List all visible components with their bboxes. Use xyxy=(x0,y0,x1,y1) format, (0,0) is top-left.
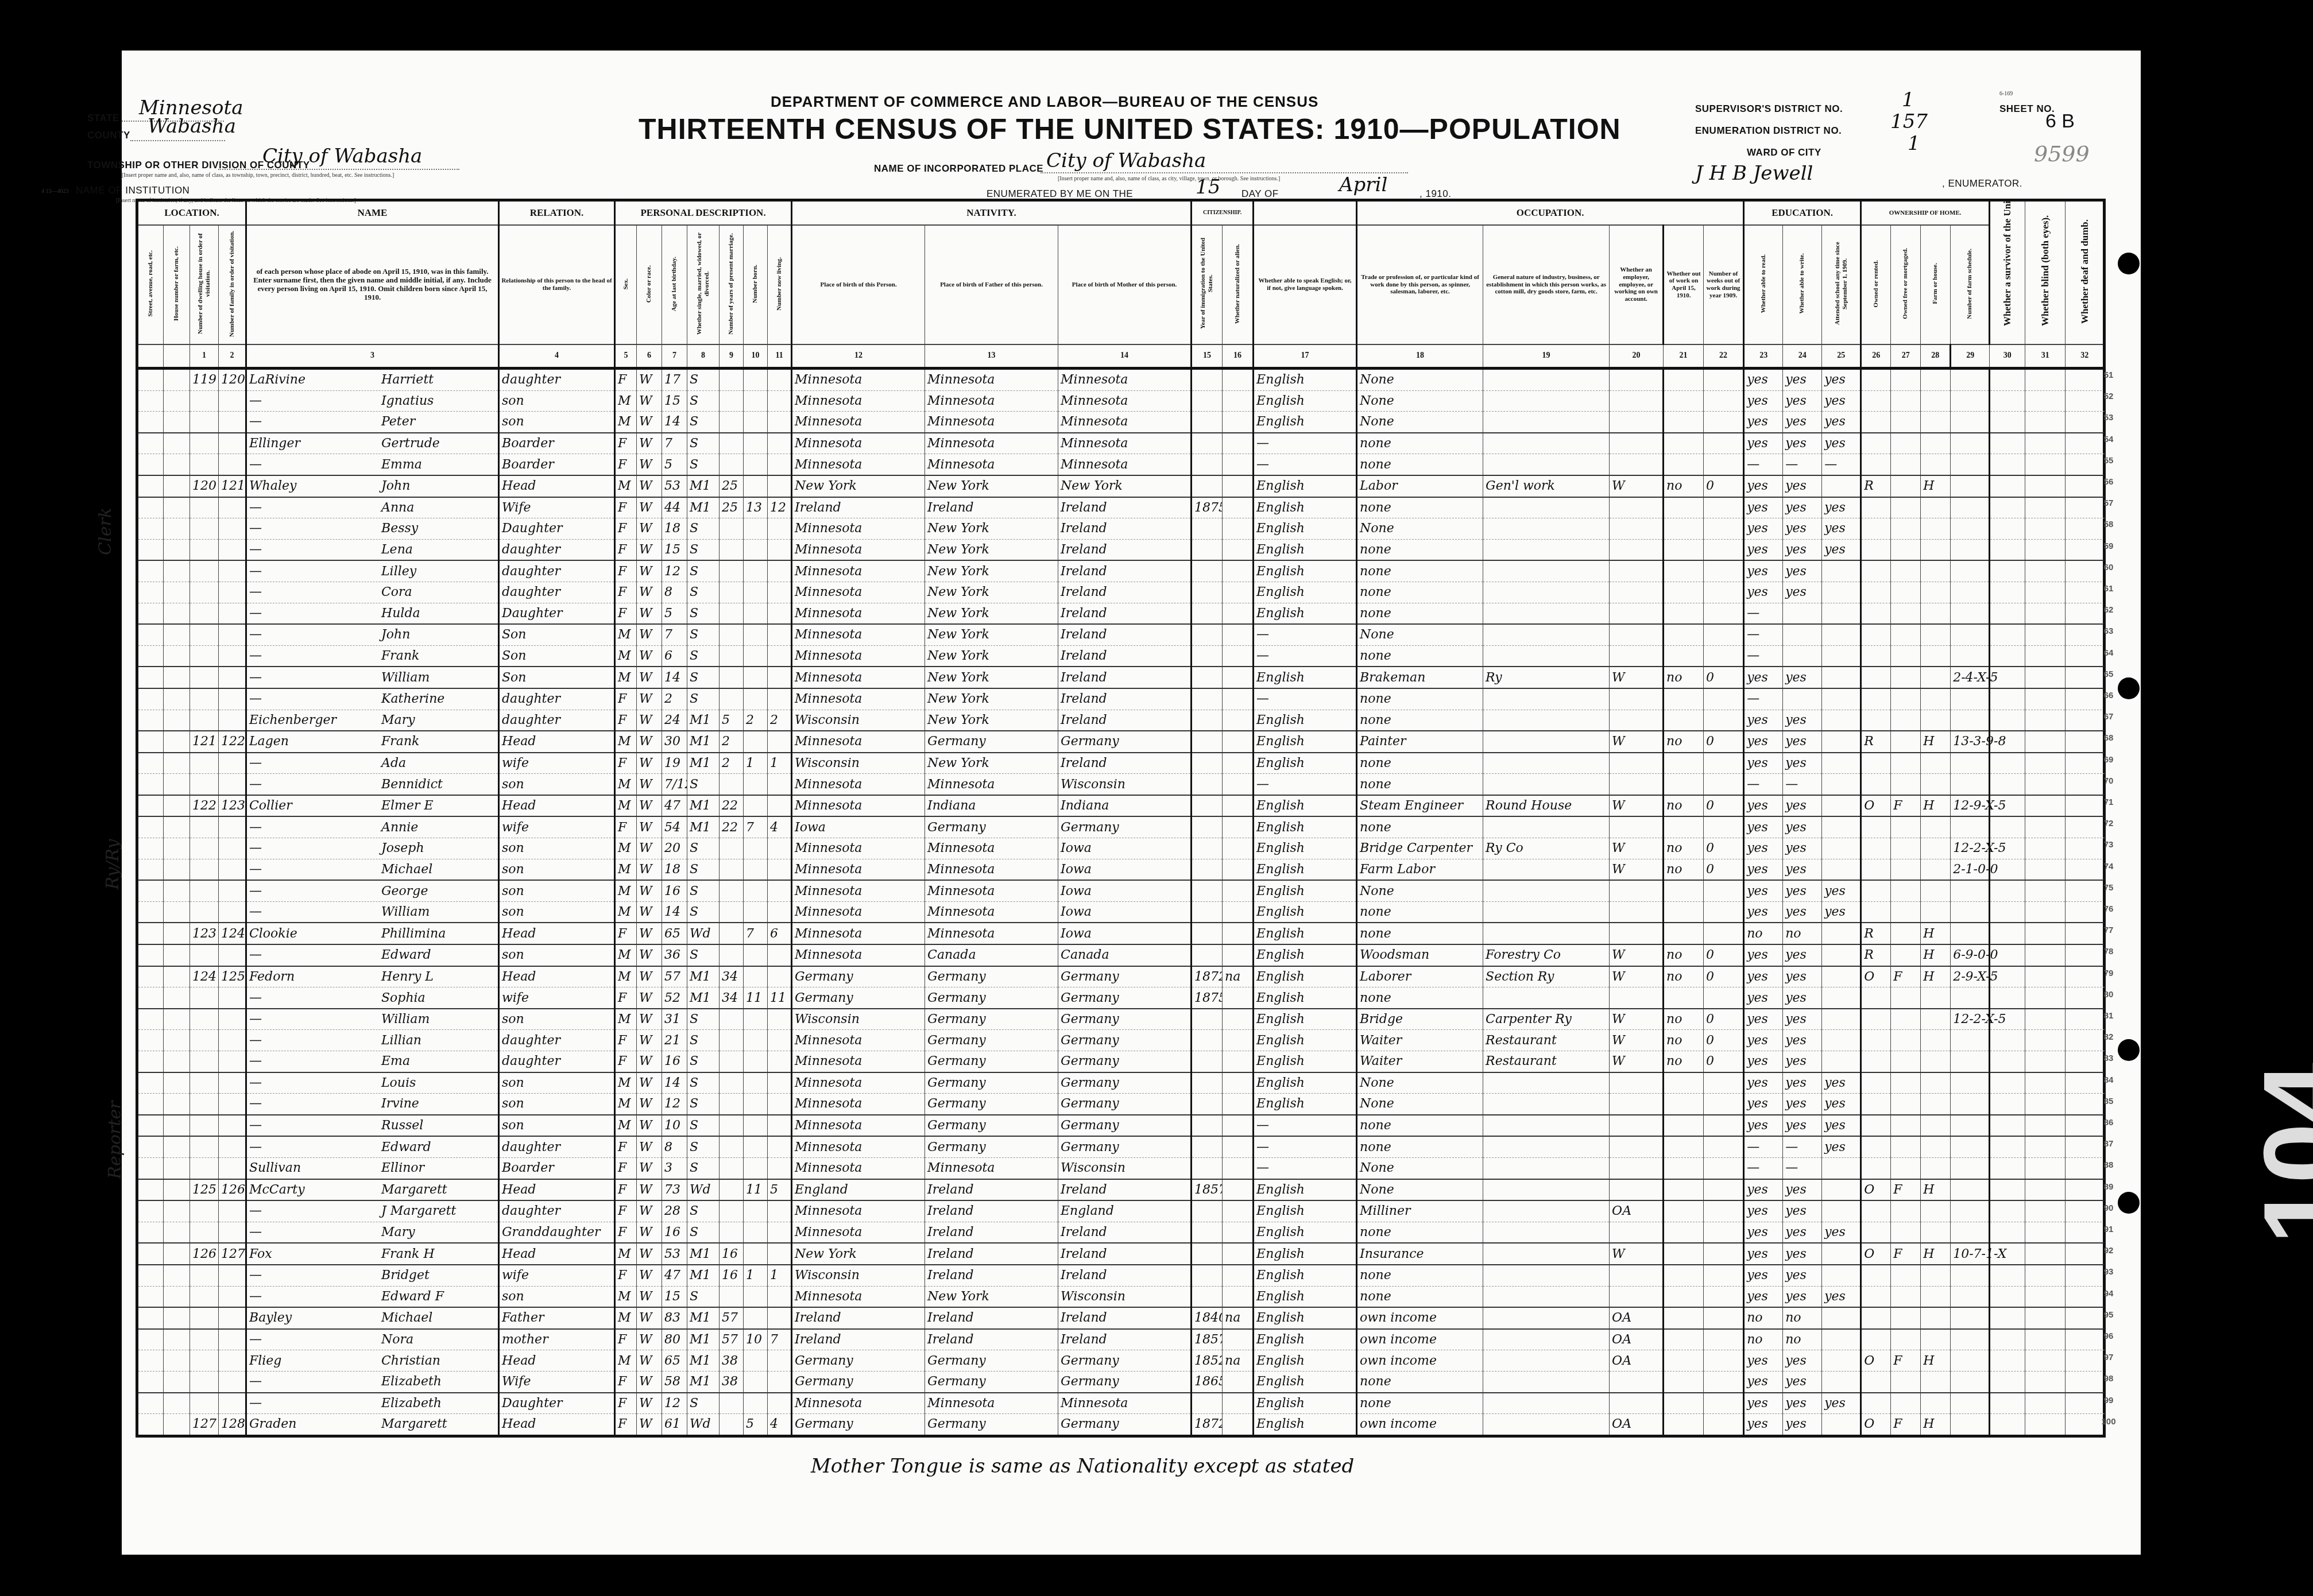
cell-free xyxy=(1891,1009,1921,1030)
cell-empty xyxy=(164,1115,190,1137)
cell-read: yes xyxy=(1744,710,1783,731)
cell-marital: S xyxy=(687,880,720,901)
cell-living xyxy=(768,1072,792,1094)
surname: — xyxy=(249,1225,381,1239)
cell-free xyxy=(1891,369,1921,391)
cell-industry: Section Ry xyxy=(1483,966,1610,987)
cell-family: 124 xyxy=(219,923,246,944)
cell-marital: M1 xyxy=(687,795,720,817)
cell-read: yes xyxy=(1744,539,1783,560)
surname: — xyxy=(249,1268,381,1283)
cell-age: 14 xyxy=(662,901,687,923)
cell-living: 6 xyxy=(768,923,792,944)
cell-sex: F xyxy=(615,582,637,603)
cell-empty xyxy=(2025,624,2066,645)
table-row: —Edward FsonMW15SMinnesotaNew YorkWiscon… xyxy=(137,1286,2105,1307)
cell-industry xyxy=(1483,1243,1610,1265)
cell-empty xyxy=(137,1265,164,1286)
cell-school: yes xyxy=(1822,1286,1861,1307)
cell-farm xyxy=(1921,1030,1951,1051)
cell-imm xyxy=(1192,1157,1223,1179)
cell-dwelling xyxy=(190,1136,219,1157)
cell-race: W xyxy=(637,1265,662,1286)
cell-imm xyxy=(1192,1030,1223,1051)
cell-sched xyxy=(1951,475,1990,497)
cell-name: —William xyxy=(246,1009,499,1030)
cell-bpm: Iowa xyxy=(1058,838,1192,859)
given-name: Frank xyxy=(381,649,419,663)
cell-nat xyxy=(1223,412,1254,433)
cell-ym xyxy=(720,1072,744,1094)
cell-bpf: New York xyxy=(925,475,1058,497)
cell-age: 30 xyxy=(662,731,687,753)
cell-school xyxy=(1822,645,1861,667)
cell-imm xyxy=(1192,1286,1223,1307)
cell-trade: none xyxy=(1357,1265,1483,1286)
cell-sched xyxy=(1951,412,1990,433)
cell-bpf: Germany xyxy=(925,966,1058,987)
cell-empty xyxy=(137,923,164,944)
cell-bpf: New York xyxy=(925,518,1058,540)
column-number: 12 xyxy=(792,344,925,369)
cell-empty xyxy=(137,1393,164,1414)
cell-own: R xyxy=(1861,475,1891,497)
cell-imm xyxy=(1192,390,1223,412)
cell-sched xyxy=(1951,688,1990,710)
cell-sex: M xyxy=(615,412,637,433)
cell-name: —Lillian xyxy=(246,1030,499,1051)
cell-industry: Forestry Co xyxy=(1483,944,1610,966)
cell-empty xyxy=(2025,731,2066,753)
cell-empty xyxy=(164,1286,190,1307)
cell-family xyxy=(219,560,246,582)
table-row: 121122LagenFrankHeadMW30M12MinnesotaGerm… xyxy=(137,731,2105,753)
cell-imm xyxy=(1192,412,1223,433)
cell-industry xyxy=(1483,433,1610,454)
cell-name: —John xyxy=(246,624,499,645)
cell-industry xyxy=(1483,497,1610,518)
cell-bp: Minnesota xyxy=(792,1094,925,1115)
cell-farm: H xyxy=(1921,731,1951,753)
cell-marital: S xyxy=(687,1222,720,1243)
cell-living xyxy=(768,795,792,817)
cell-read: no xyxy=(1744,923,1783,944)
cell-emp: W xyxy=(1610,838,1664,859)
given-name: Irvine xyxy=(381,1097,419,1111)
given-name: Ada xyxy=(381,756,406,770)
cell-write: yes xyxy=(1783,880,1822,901)
cell-born xyxy=(744,1051,768,1072)
line-number: 55 xyxy=(2097,456,2120,466)
cell-ym xyxy=(720,1222,744,1243)
line-number: 58 xyxy=(2097,520,2120,529)
cell-living xyxy=(768,1157,792,1179)
column-number: 10 xyxy=(744,344,768,369)
cell-empty xyxy=(164,518,190,540)
cell-relation: mother xyxy=(499,1329,615,1350)
cell-empty xyxy=(2025,1009,2066,1030)
line-number: 60 xyxy=(2097,563,2120,572)
cell-school: yes xyxy=(1822,1222,1861,1243)
cell-wk: 0 xyxy=(1704,1009,1744,1030)
cell-living: 5 xyxy=(768,1179,792,1201)
cell-empty xyxy=(164,1371,190,1392)
cell-name: —Elizabeth xyxy=(246,1371,499,1392)
cell-industry xyxy=(1483,369,1610,391)
cell-nat xyxy=(1223,753,1254,774)
cell-wk xyxy=(1704,390,1744,412)
cell-living: 4 xyxy=(768,1414,792,1436)
cell-wk xyxy=(1704,688,1744,710)
cell-bpm: Ireland xyxy=(1058,497,1192,518)
table-row: 125126McCartyMargarettHeadFW73Wd115Engla… xyxy=(137,1179,2105,1201)
cell-empty xyxy=(164,1329,190,1350)
cell-free xyxy=(1891,1329,1921,1350)
cell-free xyxy=(1891,433,1921,454)
cell-ym xyxy=(720,1051,744,1072)
cell-living: 7 xyxy=(768,1329,792,1350)
cell-marital: S xyxy=(687,560,720,582)
cell-industry xyxy=(1483,1222,1610,1243)
header-out-of-work: Whether out of work on April 15, 1910. xyxy=(1664,225,1704,344)
cell-marital: M1 xyxy=(687,1243,720,1265)
cell-empty xyxy=(2025,539,2066,560)
cell-farm xyxy=(1921,624,1951,645)
cell-dwelling xyxy=(190,433,219,454)
cell-own xyxy=(1861,1115,1891,1137)
line-number: 53 xyxy=(2097,413,2120,423)
cell-bpf: Germany xyxy=(925,1350,1058,1372)
given-name: George xyxy=(381,884,428,898)
cell-name: —Anna xyxy=(246,497,499,518)
cell-read: yes xyxy=(1744,1094,1783,1115)
cell-empty xyxy=(137,560,164,582)
cell-school xyxy=(1822,1350,1861,1372)
cell-race: W xyxy=(637,645,662,667)
cell-dwelling xyxy=(190,774,219,795)
cell-nat xyxy=(1223,1243,1254,1265)
cell-farm xyxy=(1921,774,1951,795)
cell-name: —Irvine xyxy=(246,1094,499,1115)
cell-nat xyxy=(1223,838,1254,859)
cell-emp: W xyxy=(1610,966,1664,987)
cell-school: yes xyxy=(1822,1094,1861,1115)
cell-family xyxy=(219,1307,246,1329)
cell-bpm: Iowa xyxy=(1058,923,1192,944)
cell-dwelling xyxy=(190,688,219,710)
given-name: Sophia xyxy=(381,991,426,1005)
cell-industry: Gen'l work xyxy=(1483,475,1610,497)
cell-empty xyxy=(164,944,190,966)
cell-empty xyxy=(2025,1265,2066,1286)
cell-farm xyxy=(1921,1371,1951,1392)
cell-own xyxy=(1861,667,1891,688)
column-number: 24 xyxy=(1783,344,1822,369)
cell-write: yes xyxy=(1783,1393,1822,1414)
cell-school xyxy=(1822,1009,1861,1030)
table-row: —FrankSonMW6SMinnesotaNew YorkIreland—no… xyxy=(137,645,2105,667)
cell-dwelling: 124 xyxy=(190,966,219,987)
cell-living xyxy=(768,1350,792,1372)
cell-lang: — xyxy=(1254,1157,1357,1179)
line-number: 80 xyxy=(2097,990,2120,1000)
cell-empty xyxy=(164,603,190,624)
cell-read: yes xyxy=(1744,1009,1783,1030)
line-number: 63 xyxy=(2097,626,2120,636)
cell-bpm: Ireland xyxy=(1058,710,1192,731)
cell-farm: H xyxy=(1921,923,1951,944)
cell-born xyxy=(744,603,768,624)
column-number: 15 xyxy=(1192,344,1223,369)
cell-bp: Minnesota xyxy=(792,433,925,454)
cell-wk xyxy=(1704,1329,1744,1350)
cell-family xyxy=(219,518,246,540)
cell-empty xyxy=(2025,582,2066,603)
cell-farm xyxy=(1921,433,1951,454)
cell-dwelling xyxy=(190,667,219,688)
cell-farm xyxy=(1921,1157,1951,1179)
cell-empty xyxy=(137,944,164,966)
cell-trade: none xyxy=(1357,560,1483,582)
cell-emp xyxy=(1610,1179,1664,1201)
cell-ow xyxy=(1664,1393,1704,1414)
cell-farm xyxy=(1921,1200,1951,1222)
cell-born xyxy=(744,518,768,540)
cell-empty xyxy=(164,369,190,391)
line-number: 72 xyxy=(2097,819,2120,828)
cell-industry xyxy=(1483,624,1610,645)
cell-wk: 0 xyxy=(1704,1030,1744,1051)
cell-read: yes xyxy=(1744,1200,1783,1222)
cell-ym: 38 xyxy=(720,1350,744,1372)
given-name: Mary xyxy=(381,713,415,727)
cell-industry xyxy=(1483,1265,1610,1286)
cell-bpf: Ireland xyxy=(925,497,1058,518)
cell-relation: son xyxy=(499,1286,615,1307)
cell-race: W xyxy=(637,1371,662,1392)
given-name: Louis xyxy=(381,1076,416,1090)
cell-ym xyxy=(720,1009,744,1030)
table-row: —IgnatiussonMW15SMinnesotaMinnesotaMinne… xyxy=(137,390,2105,412)
cell-own xyxy=(1861,582,1891,603)
cell-nat xyxy=(1223,795,1254,817)
cell-living xyxy=(768,859,792,880)
cell-empty xyxy=(1990,901,2025,923)
cell-wk xyxy=(1704,1414,1744,1436)
cell-wk xyxy=(1704,1350,1744,1372)
cell-age: 31 xyxy=(662,1009,687,1030)
cell-family xyxy=(219,433,246,454)
cell-emp xyxy=(1610,923,1664,944)
cell-name: —Sophia xyxy=(246,987,499,1009)
cell-family: 127 xyxy=(219,1243,246,1265)
cell-empty xyxy=(1990,1030,2025,1051)
surname: — xyxy=(249,1118,381,1133)
cell-emp: W xyxy=(1610,1030,1664,1051)
cell-sex: M xyxy=(615,667,637,688)
cell-wk: 0 xyxy=(1704,795,1744,817)
cell-bp: Minnesota xyxy=(792,390,925,412)
cell-age: 2 xyxy=(662,688,687,710)
cell-read: yes xyxy=(1744,560,1783,582)
cell-marital: M1 xyxy=(687,987,720,1009)
cell-empty xyxy=(2025,966,2066,987)
cell-read: yes xyxy=(1744,1350,1783,1372)
cell-trade: own income xyxy=(1357,1414,1483,1436)
cell-dwelling: 120 xyxy=(190,475,219,497)
cell-lang: — xyxy=(1254,624,1357,645)
cell-empty xyxy=(2025,1222,2066,1243)
cell-dwelling xyxy=(190,1307,219,1329)
cell-lang: English xyxy=(1254,1009,1357,1030)
cell-read: yes xyxy=(1744,1051,1783,1072)
state-label: STATE xyxy=(87,113,119,124)
cell-write: yes xyxy=(1783,1009,1822,1030)
cell-marital: S xyxy=(687,667,720,688)
cell-ow xyxy=(1664,1329,1704,1350)
cell-imm: 1872 xyxy=(1192,966,1223,987)
cell-free xyxy=(1891,880,1921,901)
cell-emp: W xyxy=(1610,944,1664,966)
cell-living xyxy=(768,369,792,391)
cell-write: yes xyxy=(1783,433,1822,454)
cell-lang: English xyxy=(1254,518,1357,540)
cell-empty xyxy=(137,454,164,475)
cell-ow xyxy=(1664,1265,1704,1286)
cell-empty xyxy=(137,1350,164,1372)
cell-empty xyxy=(164,1243,190,1265)
cell-bp: Minnesota xyxy=(792,901,925,923)
cell-imm xyxy=(1192,667,1223,688)
cell-empty xyxy=(137,1329,164,1350)
cell-bp: New York xyxy=(792,475,925,497)
cell-age: 21 xyxy=(662,1030,687,1051)
cell-family xyxy=(219,1094,246,1115)
cell-living xyxy=(768,1393,792,1414)
cell-born xyxy=(744,369,768,391)
cell-marital: M1 xyxy=(687,1307,720,1329)
cell-born xyxy=(744,1222,768,1243)
cell-industry xyxy=(1483,518,1610,540)
year-label: , 1910. xyxy=(1419,188,1452,200)
line-number: 91 xyxy=(2097,1225,2120,1234)
given-name: Peter xyxy=(381,415,415,429)
cell-bp: Minnesota xyxy=(792,1157,925,1179)
cell-ym: 38 xyxy=(720,1371,744,1392)
cell-family xyxy=(219,1393,246,1414)
cell-code: 12-9-X-5 xyxy=(1951,795,1990,817)
cell-own xyxy=(1861,859,1891,880)
cell-dwelling: 127 xyxy=(190,1414,219,1436)
cell-sex: F xyxy=(615,987,637,1009)
cell-nat xyxy=(1223,816,1254,838)
cell-write: yes xyxy=(1783,582,1822,603)
cell-empty xyxy=(164,433,190,454)
cell-bpf: Minnesota xyxy=(925,923,1058,944)
cell-wk xyxy=(1704,560,1744,582)
cell-living xyxy=(768,1243,792,1265)
line-number: 61 xyxy=(2097,584,2120,594)
cell-nat xyxy=(1223,497,1254,518)
given-name: William xyxy=(381,1012,430,1026)
cell-empty xyxy=(164,582,190,603)
surname: — xyxy=(249,1332,381,1347)
cell-empty xyxy=(1990,1157,2025,1179)
cell-imm xyxy=(1192,838,1223,859)
cell-own xyxy=(1861,624,1891,645)
cell-lang: English xyxy=(1254,667,1357,688)
cell-free xyxy=(1891,731,1921,753)
cell-nat xyxy=(1223,901,1254,923)
cell-lang: English xyxy=(1254,475,1357,497)
cell-write: — xyxy=(1783,774,1822,795)
cell-empty xyxy=(137,1157,164,1179)
cell-empty xyxy=(137,1009,164,1030)
cell-emp xyxy=(1610,539,1664,560)
cell-empty xyxy=(164,390,190,412)
cell-living xyxy=(768,1136,792,1157)
cell-family xyxy=(219,1350,246,1372)
cell-dwelling xyxy=(190,497,219,518)
cell-school xyxy=(1822,475,1861,497)
margin-note-2: Ry/Ry xyxy=(103,839,123,889)
cell-lang: — xyxy=(1254,454,1357,475)
cell-age: 12 xyxy=(662,560,687,582)
punch-hole xyxy=(2118,1039,2140,1061)
cell-lang: English xyxy=(1254,901,1357,923)
cell-imm xyxy=(1192,518,1223,540)
cell-empty xyxy=(164,497,190,518)
cell-sex: M xyxy=(615,1094,637,1115)
cell-free xyxy=(1891,624,1921,645)
cell-marital: S xyxy=(687,859,720,880)
cell-trade: none xyxy=(1357,1371,1483,1392)
group-occupation: OCCUPATION. xyxy=(1357,200,1744,226)
table-row: —ElizabethWifeFW58M138GermanyGermanyGerm… xyxy=(137,1371,2105,1392)
cell-bp: Wisconsin xyxy=(792,1009,925,1030)
cell-race: W xyxy=(637,624,662,645)
cell-age: 44 xyxy=(662,497,687,518)
institution-label: NAME OF INSTITUTION xyxy=(76,185,189,196)
given-name: Phillimina xyxy=(381,927,446,941)
margin-note-3: Reporter xyxy=(105,1101,125,1179)
cell-bpm: Ireland xyxy=(1058,603,1192,624)
cell-farm xyxy=(1921,518,1951,540)
cell-sched xyxy=(1951,901,1990,923)
cell-read: yes xyxy=(1744,795,1783,817)
cell-lang: English xyxy=(1254,859,1357,880)
cell-nat xyxy=(1223,1286,1254,1307)
cell-bpf: New York xyxy=(925,667,1058,688)
cell-lang: English xyxy=(1254,838,1357,859)
cell-sched xyxy=(1951,923,1990,944)
cell-marital: M1 xyxy=(687,475,720,497)
cell-free xyxy=(1891,645,1921,667)
cell-school: yes xyxy=(1822,412,1861,433)
cell-bpm: England xyxy=(1058,1200,1192,1222)
form-number: 4 13—4023 xyxy=(41,188,69,195)
cell-sched xyxy=(1951,1200,1990,1222)
cell-name: EllingerGertrude xyxy=(246,433,499,454)
cell-bp: Minnesota xyxy=(792,774,925,795)
cell-empty xyxy=(2025,1307,2066,1329)
cell-born xyxy=(744,1286,768,1307)
cell-own xyxy=(1861,1307,1891,1329)
cell-farm xyxy=(1921,539,1951,560)
cell-bp: Ireland xyxy=(792,1307,925,1329)
cell-race: W xyxy=(637,582,662,603)
cell-school xyxy=(1822,624,1861,645)
